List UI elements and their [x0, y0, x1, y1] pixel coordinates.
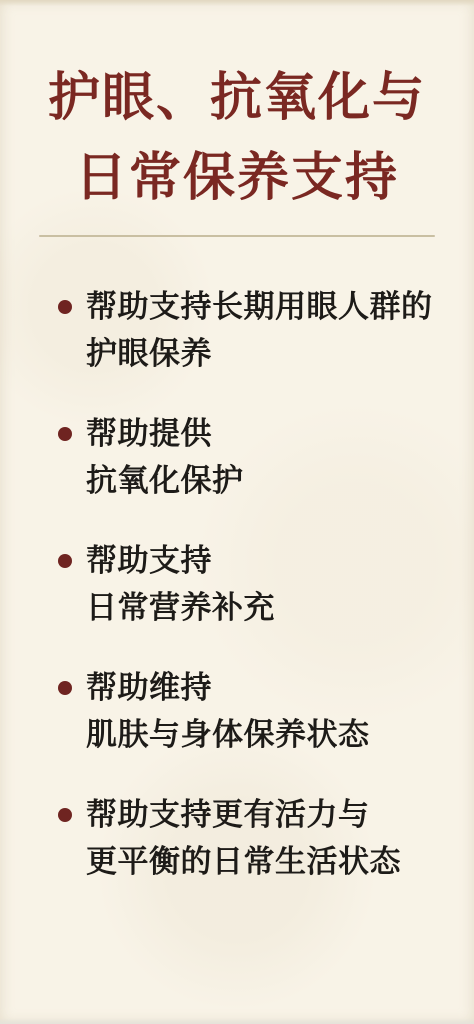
- bullet-line-1: 帮助支持更有活力与: [86, 797, 370, 832]
- list-item: 帮助支持长期用眼人群的 护眼保养: [58, 283, 454, 377]
- divider: [39, 235, 435, 237]
- bullet-dot-icon: [58, 427, 72, 441]
- bullet-line-1: 帮助维持: [86, 670, 212, 705]
- slide: 护眼、抗氧化与 日常保养支持 帮助支持长期用眼人群的 护眼保养 帮助提供 抗氧化…: [0, 0, 474, 1024]
- list-item: 帮助维持 肌肤与身体保养状态: [58, 664, 454, 758]
- bullet-line-2: 护眼保养: [86, 336, 212, 371]
- bullet-text: 帮助维持 肌肤与身体保养状态: [86, 664, 370, 758]
- bullet-dot-icon: [58, 300, 72, 314]
- bullet-line-2: 抗氧化保护: [86, 463, 244, 498]
- bullet-line-2: 肌肤与身体保养状态: [86, 717, 370, 752]
- title-line-2: 日常保养支持: [0, 138, 474, 218]
- bullet-line-2: 更平衡的日常生活状态: [86, 844, 401, 879]
- bullet-line-1: 帮助提供: [86, 416, 212, 451]
- bullet-text: 帮助提供 抗氧化保护: [86, 410, 244, 504]
- list-item: 帮助提供 抗氧化保护: [58, 410, 454, 504]
- bullet-text: 帮助支持更有活力与 更平衡的日常生活状态: [86, 791, 401, 885]
- bullet-line-2: 日常营养补充: [86, 590, 275, 625]
- bullet-list: 帮助支持长期用眼人群的 护眼保养 帮助提供 抗氧化保护 帮助支持 日常营养补充 …: [0, 283, 474, 885]
- list-item: 帮助支持更有活力与 更平衡的日常生活状态: [58, 791, 454, 885]
- bullet-line-1: 帮助支持长期用眼人群的: [86, 289, 433, 324]
- bullet-text: 帮助支持 日常营养补充: [86, 537, 275, 631]
- bullet-dot-icon: [58, 808, 72, 822]
- bullet-dot-icon: [58, 554, 72, 568]
- list-item: 帮助支持 日常营养补充: [58, 537, 454, 631]
- bullet-dot-icon: [58, 681, 72, 695]
- bullet-line-1: 帮助支持: [86, 543, 212, 578]
- bullet-text: 帮助支持长期用眼人群的 护眼保养: [86, 283, 433, 377]
- title-line-1: 护眼、抗氧化与: [0, 58, 474, 138]
- page-title: 护眼、抗氧化与 日常保养支持: [0, 58, 474, 218]
